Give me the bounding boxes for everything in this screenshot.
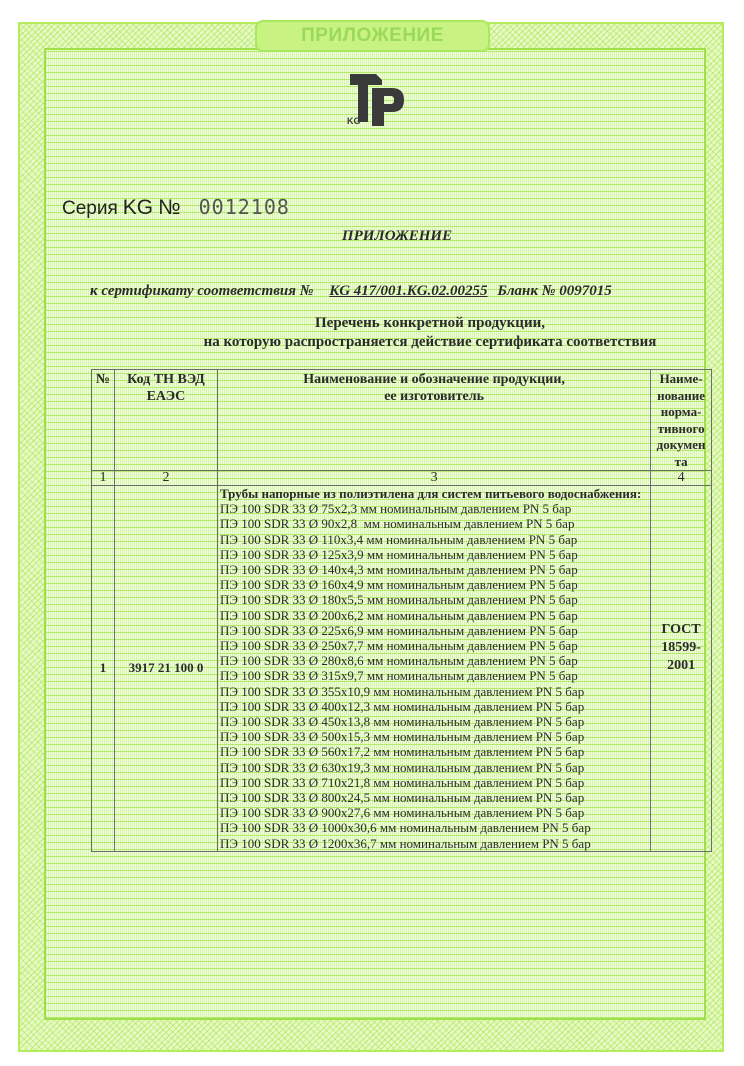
product-item: ПЭ 100 SDR 33 Ø 560x17,2 мм номинальным … <box>220 744 648 759</box>
product-item: ПЭ 100 SDR 33 Ø 500x15,3 мм номинальным … <box>220 729 648 744</box>
series-code: KG <box>123 196 153 220</box>
product-item: ПЭ 100 SDR 33 Ø 1200x36,7 мм номинальным… <box>220 836 648 851</box>
series-number: Серия KG № 0012108 <box>62 195 290 220</box>
document-title: ПРИЛОЖЕНИЕ <box>0 228 744 245</box>
svg-text:KG: KG <box>347 116 361 126</box>
product-item: ПЭ 100 SDR 33 Ø 75x2,3 мм номинальным да… <box>220 501 648 516</box>
product-item: ПЭ 100 SDR 33 Ø 900x27,6 мм номинальным … <box>220 805 648 820</box>
row-number: 1 <box>92 486 115 852</box>
cert-prefix: к сертификату соответствия № <box>90 283 313 299</box>
product-item: ПЭ 100 SDR 33 Ø 90x2,8 мм номинальным да… <box>220 516 648 531</box>
header-product-name: Наименование и обозначение продукции, ее… <box>218 370 651 471</box>
header-code: Код ТН ВЭД ЕАЭС <box>114 370 217 471</box>
number-sign: № <box>158 196 181 220</box>
tr-kg-logo-icon: KG <box>346 72 408 126</box>
column-number: 1 <box>92 471 115 486</box>
product-item: ПЭ 100 SDR 33 Ø 225x6,9 мм номинальным д… <box>220 623 648 638</box>
product-item: ПЭ 100 SDR 33 Ø 315x9,7 мм номинальным д… <box>220 668 648 683</box>
table-row: 1 3917 21 100 0 Трубы напорные из полиэт… <box>92 486 712 852</box>
blank-number: Бланк № 0097015 <box>497 283 611 299</box>
product-item: ПЭ 100 SDR 33 Ø 140x4,3 мм номинальным д… <box>220 562 648 577</box>
column-number-row: 1 2 3 4 <box>92 471 712 486</box>
product-item: ПЭ 100 SDR 33 Ø 200x6,2 мм номинальным д… <box>220 608 648 623</box>
column-number: 2 <box>114 471 217 486</box>
product-item: ПЭ 100 SDR 33 Ø 110x3,4 мм номинальным д… <box>220 532 648 547</box>
product-item: ПЭ 100 SDR 33 Ø 710x21,8 мм номинальным … <box>220 775 648 790</box>
column-number: 3 <box>218 471 651 486</box>
product-item: ПЭ 100 SDR 33 Ø 125x3,9 мм номинальным д… <box>220 547 648 562</box>
product-item: ПЭ 100 SDR 33 Ø 355x10,9 мм номинальным … <box>220 684 648 699</box>
column-number: 4 <box>651 471 712 486</box>
product-list-title: Перечень конкретной продукции, на котору… <box>150 314 710 352</box>
standard-reference: ГОСТ 18599- 2001 <box>651 486 712 852</box>
series-label: Серия <box>62 198 118 220</box>
certificate-number: KG 417/001.KG.02.00255 <box>323 283 487 299</box>
product-intro: Трубы напорные из полиэтилена для систем… <box>220 486 648 501</box>
product-item: ПЭ 100 SDR 33 Ø 160x4,9 мм номинальным д… <box>220 577 648 592</box>
product-table: № Код ТН ВЭД ЕАЭС Наименование и обознач… <box>91 369 712 852</box>
hs-code: 3917 21 100 0 <box>114 486 217 852</box>
product-item: ПЭ 100 SDR 33 Ø 630x19,3 мм номинальным … <box>220 760 648 775</box>
list-title-line2: на которую распространяется действие сер… <box>150 333 710 352</box>
product-items-list: ПЭ 100 SDR 33 Ø 75x2,3 мм номинальным да… <box>220 501 648 851</box>
appendix-banner: ПРИЛОЖЕНИЕ <box>255 20 490 52</box>
product-item: ПЭ 100 SDR 33 Ø 280x8,6 мм номинальным д… <box>220 653 648 668</box>
header-standard: Наиме- нование норма- тивного докумен та <box>651 370 712 471</box>
product-item: ПЭ 100 SDR 33 Ø 400x12,3 мм номинальным … <box>220 699 648 714</box>
table-header-row: № Код ТН ВЭД ЕАЭС Наименование и обознач… <box>92 370 712 471</box>
product-item: ПЭ 100 SDR 33 Ø 250x7,7 мм номинальным д… <box>220 638 648 653</box>
product-item: ПЭ 100 SDR 33 Ø 450x13,8 мм номинальным … <box>220 714 648 729</box>
header-number: № <box>92 370 115 471</box>
list-title-line1: Перечень конкретной продукции, <box>150 314 710 333</box>
product-item: ПЭ 100 SDR 33 Ø 180x5,5 мм номинальным д… <box>220 592 648 607</box>
product-item: ПЭ 100 SDR 33 Ø 1000x30,6 мм номинальным… <box>220 820 648 835</box>
product-description: Трубы напорные из полиэтилена для систем… <box>218 486 651 852</box>
certificate-reference: к сертификату соответствия № KG 417/001.… <box>90 283 612 300</box>
blank-serial-number: 0012108 <box>199 195 290 219</box>
product-item: ПЭ 100 SDR 33 Ø 800x24,5 мм номинальным … <box>220 790 648 805</box>
